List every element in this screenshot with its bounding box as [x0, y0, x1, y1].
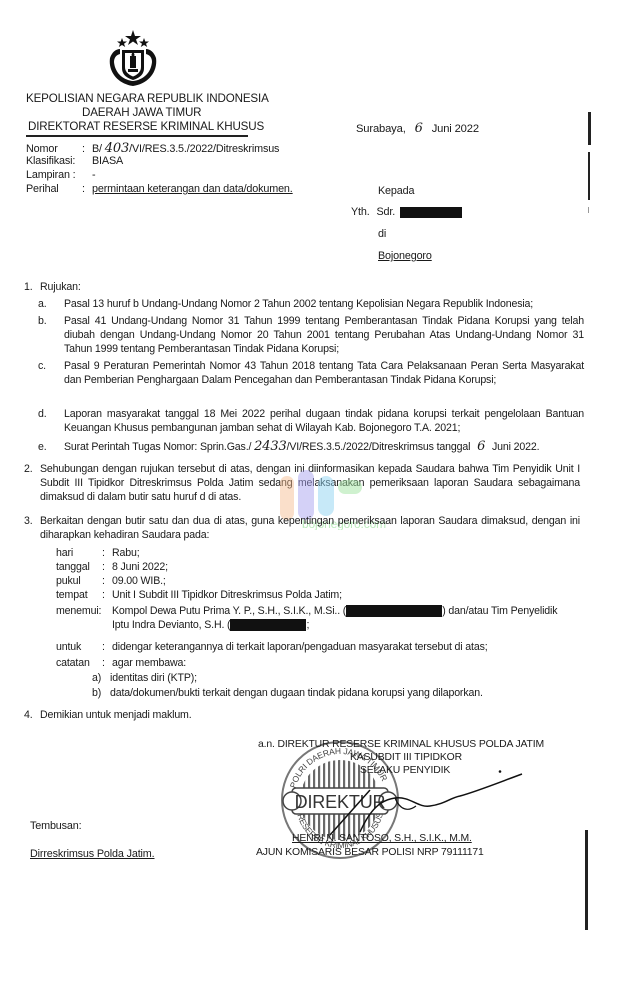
section-1-title: Rujukan: [40, 280, 81, 294]
addressee-yth: Yth. [351, 206, 370, 218]
section-2: 2. Sehubungan dengan rujukan tersebut di… [24, 462, 584, 512]
letterhead-divider [26, 135, 248, 137]
signatory-rank: AJUN KOMISARIS BESAR POLISI NRP 79111171 [256, 847, 484, 858]
rujukan-item-a: Pasal 13 huruf b Undang-Undang Nomor 2 T… [64, 297, 584, 311]
schedule-catatan: catatan:agar membawa: [56, 656, 186, 670]
margin-mark [588, 112, 591, 145]
section-4: 4. Demikian untuk menjadi maklum. [24, 708, 584, 724]
date-day-handwritten: 6 [415, 121, 423, 136]
addressee-line: Yth. Sdr. [351, 206, 462, 218]
schedule-menemui: menemui:Kompol Dewa Putu Prima Y. P., S.… [56, 604, 557, 618]
redacted-contact [230, 619, 306, 631]
perihal-label: Perihal [26, 183, 82, 195]
signature-scribble-icon [300, 770, 530, 840]
perihal-value: permintaan keterangan dan data/dokumen. [92, 183, 293, 195]
date-month-year: Juni 2022 [432, 123, 479, 135]
redacted-name [400, 207, 462, 218]
bring-item-b: b)data/dokumen/bukti terkait dengan duga… [92, 686, 483, 700]
schedule-hari: hari:Rabu; [56, 546, 140, 560]
nomor-label: Nomor [26, 143, 82, 155]
schedule-tanggal: tanggal:8 Juni 2022; [56, 560, 168, 574]
addressee-location: Bojonegoro [378, 250, 432, 262]
nomor-suffix: /VI/RES.3.5./2022/Ditreskrimsus [129, 143, 279, 155]
sprin-number-handwritten: 2433 [254, 439, 286, 454]
margin-mark [585, 830, 588, 930]
tembusan-label: Tembusan: [30, 820, 81, 832]
addressee-di: di [378, 228, 386, 240]
margin-mark [588, 152, 590, 200]
nomor-prefix: B/ [92, 143, 102, 155]
klasifikasi-value: BIASA [92, 155, 123, 167]
meta-klasifikasi: Klasifikasi:BIASA [26, 155, 123, 167]
rujukan-item-d: Laporan masyarakat tanggal 18 Mei 2022 p… [64, 407, 584, 435]
rujukan-item-c: Pasal 9 Peraturan Pemerintah Nomor 43 Ta… [64, 359, 584, 387]
klasifikasi-label: Klasifikasi: [26, 155, 82, 167]
place-date: Surabaya, 6 Juni 2022 [356, 121, 479, 136]
margin-mark [588, 207, 589, 213]
addressee-kepada: Kepada [378, 185, 414, 197]
lampiran-label: Lampiran : [26, 169, 82, 181]
signatory-name: HENRI N. SANTOSO, S.H., S.I.K., M.M. [292, 833, 472, 844]
police-crest-logo [100, 28, 166, 90]
nomor-handwritten: 403 [105, 141, 129, 156]
signature-line-2: KASUBDIT III TIPIDKOR [350, 752, 462, 763]
meta-nomor: Nomor:B/ 403/VI/RES.3.5./2022/Ditreskrim… [26, 141, 279, 156]
section-3-text: Berkaitan dengan butir satu dan dua di a… [40, 514, 580, 542]
schedule-menemui-line2: Iptu Indra Devianto, S.H. (; [112, 618, 309, 632]
schedule-pukul: pukul:09.00 WIB.; [56, 574, 166, 588]
section-2-text: Sehubungan dengan rujukan tersebut di at… [40, 462, 580, 504]
section-3: 3. Berkaitan dengan butir satu dan dua d… [24, 514, 584, 544]
letterhead-line-1: KEPOLISIAN NEGARA REPUBLIK INDONESIA [26, 92, 269, 106]
bring-item-a: a)identitas diri (KTP); [92, 671, 197, 685]
rujukan-item-e: Surat Perintah Tugas Nomor: Sprin.Gas./ … [64, 440, 584, 454]
addressee-sdr: Sdr. [376, 206, 395, 218]
lampiran-value: - [92, 169, 95, 181]
letterhead-line-3: DIREKTORAT RESERSE KRIMINAL KHUSUS [28, 120, 264, 134]
schedule-untuk: untuk:didengar keterangannya di terkait … [56, 640, 488, 654]
signature-line-1: a.n. DIREKTUR RESERSE KRIMINAL KHUSUS PO… [258, 739, 544, 750]
section-4-text: Demikian untuk menjadi maklum. [40, 708, 192, 722]
meta-lampiran: Lampiran :- [26, 169, 95, 181]
police-crest-icon [100, 28, 166, 90]
rujukan-item-b: Pasal 41 Undang-Undang Nomor 31 Tahun 19… [64, 314, 584, 356]
sprin-day-handwritten: 6 [477, 439, 485, 454]
handwritten-signature [300, 770, 530, 840]
meta-perihal: Perihal:permintaan keterangan dan data/d… [26, 183, 293, 195]
redacted-contact [346, 605, 442, 617]
date-city: Surabaya, [356, 123, 406, 135]
tembusan-recipient: Dirreskrimsus Polda Jatim. [30, 848, 155, 860]
schedule-tempat: tempat:Unit I Subdit III Tipidkor Ditres… [56, 588, 342, 602]
section-rujukan: 1. Rujukan: a. Pasal 13 huruf b Undang-U… [24, 280, 584, 480]
letterhead-line-2: DAERAH JAWA TIMUR [82, 106, 201, 120]
